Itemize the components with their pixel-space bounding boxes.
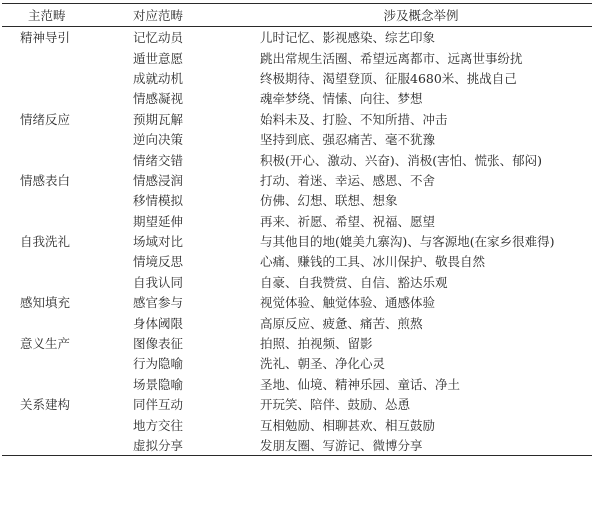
cell-concept-examples: 发朋友圈、写游记、微博分享 [250,435,592,456]
cell-sub-category: 期望延伸 [120,211,250,231]
table-row: 逆向决策坚持到底、强忍痛苦、毫不犹豫 [2,129,592,149]
cell-concept-examples: 与其他目的地(媲美九寨沟)、与客源地(在家乡很难得) [250,231,592,251]
cell-concept-examples: 视觉体验、触觉体验、通感体验 [250,292,592,312]
cell-concept-examples: 圣地、仙境、精神乐园、童话、净土 [250,374,592,394]
header-main-category: 主范畴 [2,4,120,27]
cell-main-category: 关系建构 [2,394,120,414]
cell-sub-category: 虚拟分享 [120,435,250,456]
cell-main-category: 感知填充 [2,292,120,312]
table-row: 遁世意愿跳出常规生活圈、希望远离都市、远离世事纷扰 [2,47,592,67]
cell-concept-examples: 儿时记忆、影视感染、综艺印象 [250,27,592,48]
header-sub-category: 对应范畴 [120,4,250,27]
cell-concept-examples: 开玩笑、陪伴、鼓励、怂恿 [250,394,592,414]
cell-concept-examples: 坚持到底、强忍痛苦、毫不犹豫 [250,129,592,149]
table-row: 身体阈限高原反应、疲惫、痛苦、煎熬 [2,312,592,332]
table-row: 感知填充感官参与视觉体验、触觉体验、通感体验 [2,292,592,312]
table-body: 精神导引记忆动员儿时记忆、影视感染、综艺印象遁世意愿跳出常规生活圈、希望远离都市… [2,27,592,456]
cell-main-category [2,88,120,108]
table-row: 情境反思心痛、赚钱的工具、冰川保护、敬畏自然 [2,251,592,271]
cell-concept-examples: 终极期待、渴望登顶、征服4680米、挑战自己 [250,68,592,88]
cell-sub-category: 感官参与 [120,292,250,312]
cell-sub-category: 情绪交错 [120,149,250,169]
cell-concept-examples: 仿佛、幻想、联想、想象 [250,190,592,210]
table-row: 成就动机终极期待、渴望登顶、征服4680米、挑战自己 [2,68,592,88]
cell-concept-examples: 始料未及、打脸、不知所措、冲击 [250,109,592,129]
cell-concept-examples: 跳出常规生活圈、希望远离都市、远离世事纷扰 [250,47,592,67]
cell-concept-examples: 高原反应、疲惫、痛苦、煎熬 [250,312,592,332]
table-header: 主范畴 对应范畴 涉及概念举例 [2,4,592,27]
cell-main-category: 情绪反应 [2,109,120,129]
table-row: 场景隐喻圣地、仙境、精神乐园、童话、净土 [2,374,592,394]
cell-main-category [2,211,120,231]
cell-main-category [2,149,120,169]
cell-main-category [2,129,120,149]
cell-sub-category: 身体阈限 [120,312,250,332]
concept-table-container: 主范畴 对应范畴 涉及概念举例 精神导引记忆动员儿时记忆、影视感染、综艺印象遁世… [2,3,592,456]
cell-main-category [2,435,120,456]
cell-sub-category: 逆向决策 [120,129,250,149]
cell-main-category [2,312,120,332]
table-row: 自我洗礼场域对比与其他目的地(媲美九寨沟)、与客源地(在家乡很难得) [2,231,592,251]
table-row: 情绪反应预期瓦解始料未及、打脸、不知所措、冲击 [2,109,592,129]
table-row: 精神导引记忆动员儿时记忆、影视感染、综艺印象 [2,27,592,48]
cell-sub-category: 场域对比 [120,231,250,251]
cell-main-category [2,251,120,271]
cell-main-category [2,353,120,373]
cell-main-category [2,190,120,210]
concept-category-table: 主范畴 对应范畴 涉及概念举例 精神导引记忆动员儿时记忆、影视感染、综艺印象遁世… [2,3,592,456]
table-row: 关系建构同伴互动开玩笑、陪伴、鼓励、怂恿 [2,394,592,414]
table-row: 地方交往互相勉励、相聊甚欢、相互鼓励 [2,414,592,434]
cell-concept-examples: 心痛、赚钱的工具、冰川保护、敬畏自然 [250,251,592,271]
cell-main-category: 自我洗礼 [2,231,120,251]
cell-sub-category: 地方交往 [120,414,250,434]
cell-main-category [2,374,120,394]
table-row: 意义生产图像表征拍照、拍视频、留影 [2,333,592,353]
cell-sub-category: 情境反思 [120,251,250,271]
table-row: 期望延伸再来、祈愿、希望、祝福、愿望 [2,211,592,231]
cell-main-category: 精神导引 [2,27,120,48]
cell-concept-examples: 魂牵梦绕、情愫、向往、梦想 [250,88,592,108]
cell-sub-category: 移情模拟 [120,190,250,210]
cell-sub-category: 预期瓦解 [120,109,250,129]
table-row: 虚拟分享发朋友圈、写游记、微博分享 [2,435,592,456]
cell-concept-examples: 拍照、拍视频、留影 [250,333,592,353]
table-row: 移情模拟仿佛、幻想、联想、想象 [2,190,592,210]
header-concept-examples: 涉及概念举例 [250,4,592,27]
table-row: 情感凝视魂牵梦绕、情愫、向往、梦想 [2,88,592,108]
table-row: 行为隐喻洗礼、朝圣、净化心灵 [2,353,592,373]
cell-sub-category: 记忆动员 [120,27,250,48]
table-row: 情绪交错积极(开心、激动、兴奋)、消极(害怕、慌张、郁闷) [2,149,592,169]
cell-concept-examples: 自豪、自我赞赏、自信、豁达乐观 [250,272,592,292]
header-row: 主范畴 对应范畴 涉及概念举例 [2,4,592,27]
cell-main-category [2,68,120,88]
cell-sub-category: 图像表征 [120,333,250,353]
cell-concept-examples: 洗礼、朝圣、净化心灵 [250,353,592,373]
cell-sub-category: 同伴互动 [120,394,250,414]
cell-sub-category: 成就动机 [120,68,250,88]
cell-main-category [2,414,120,434]
cell-concept-examples: 积极(开心、激动、兴奋)、消极(害怕、慌张、郁闷) [250,149,592,169]
cell-sub-category: 场景隐喻 [120,374,250,394]
cell-sub-category: 遁世意愿 [120,47,250,67]
cell-sub-category: 情感浸润 [120,170,250,190]
table-row: 自我认同自豪、自我赞赏、自信、豁达乐观 [2,272,592,292]
cell-concept-examples: 打动、着迷、幸运、感恩、不舍 [250,170,592,190]
cell-sub-category: 自我认同 [120,272,250,292]
cell-main-category: 情感表白 [2,170,120,190]
cell-concept-examples: 再来、祈愿、希望、祝福、愿望 [250,211,592,231]
cell-main-category: 意义生产 [2,333,120,353]
table-row: 情感表白情感浸润打动、着迷、幸运、感恩、不舍 [2,170,592,190]
cell-main-category [2,47,120,67]
cell-sub-category: 情感凝视 [120,88,250,108]
cell-sub-category: 行为隐喻 [120,353,250,373]
cell-concept-examples: 互相勉励、相聊甚欢、相互鼓励 [250,414,592,434]
cell-main-category [2,272,120,292]
